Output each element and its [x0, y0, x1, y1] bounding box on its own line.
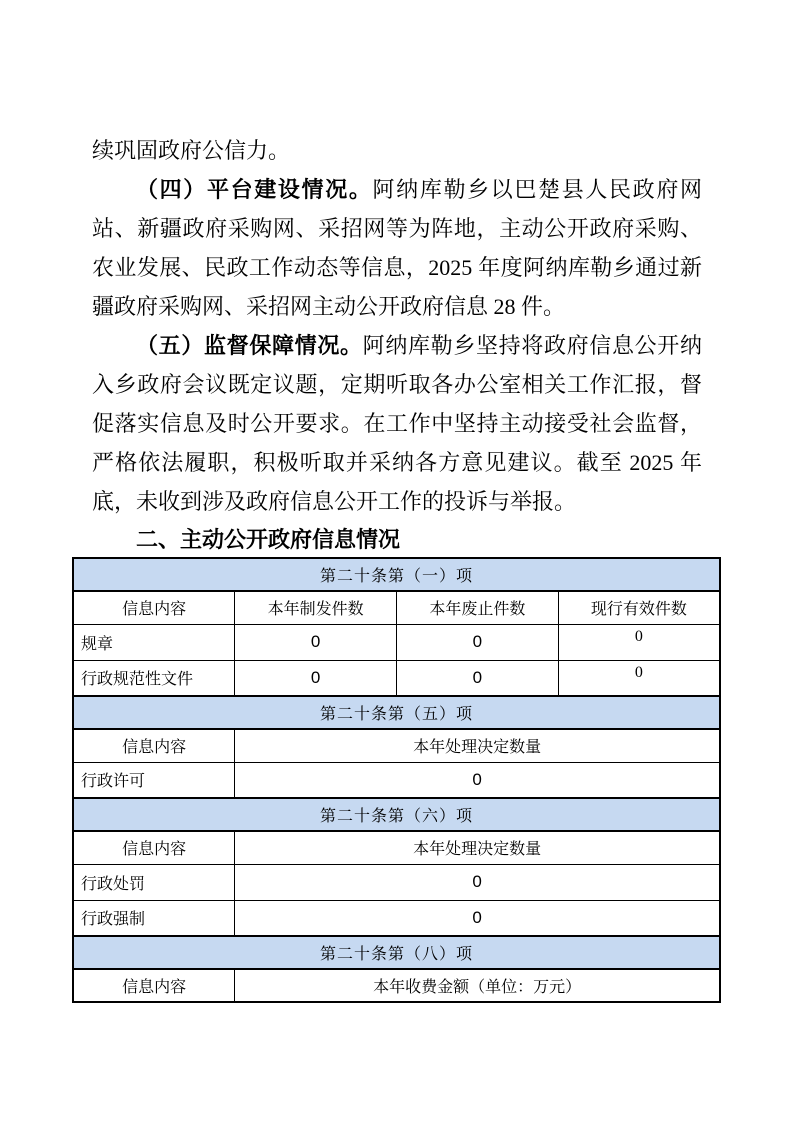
- table-column-header-row: 信息内容 本年收费金额（单位：万元）: [73, 969, 720, 1002]
- row-label-cell: 行政强制: [73, 900, 235, 936]
- table-section-title: 第二十条第（六）项: [73, 798, 720, 831]
- value-cell: 0: [397, 660, 559, 696]
- body-text-block: 续巩固政府公信力。 （四）平台建设情况。阿纳库勒乡以巴楚县人民政府网站、新疆政府…: [92, 131, 702, 557]
- value-cell: 0: [235, 900, 720, 936]
- document-page: 续巩固政府公信力。 （四）平台建设情况。阿纳库勒乡以巴楚县人民政府网站、新疆政府…: [0, 0, 793, 1122]
- table-row: 行政处罚 0: [73, 864, 720, 900]
- table-column-header-row: 信息内容 本年处理决定数量: [73, 831, 720, 864]
- paragraph-text: 续巩固政府公信力。: [92, 138, 290, 163]
- value-cell: 0: [235, 762, 720, 798]
- column-header-cell: 本年制发件数: [235, 591, 397, 624]
- row-label-cell: 行政许可: [73, 762, 235, 798]
- column-header-cell: 现行有效件数: [558, 591, 720, 624]
- paragraph-bold-lead: （五）监督保障情况。: [136, 333, 363, 358]
- row-label-cell: 规章: [73, 624, 235, 660]
- column-header-cell: 本年处理决定数量: [235, 831, 720, 864]
- table-row: 规章 0 0 0: [73, 624, 720, 660]
- value-cell: 0: [235, 624, 397, 660]
- table-row: 行政强制 0: [73, 900, 720, 936]
- column-header-cell: 本年废止件数: [397, 591, 559, 624]
- value-cell: 0: [235, 864, 720, 900]
- table-section-header-row: 第二十条第（五）项: [73, 696, 720, 729]
- row-label-cell: 行政规范性文件: [73, 660, 235, 696]
- table-section-title: 第二十条第（五）项: [73, 696, 720, 729]
- column-header-cell: 信息内容: [73, 969, 235, 1002]
- value-cell: 0: [235, 660, 397, 696]
- column-header-cell: 信息内容: [73, 831, 235, 864]
- paragraph-continuation: 续巩固政府公信力。: [92, 131, 702, 170]
- value-cell: 0: [397, 624, 559, 660]
- disclosure-info-table: 第二十条第（一）项 信息内容 本年制发件数 本年废止件数 现行有效件数 规章 0…: [72, 557, 721, 1003]
- column-header-cell: 本年收费金额（单位：万元）: [235, 969, 720, 1002]
- section-heading: 二、主动公开政府信息情况: [92, 521, 702, 557]
- table-row: 行政规范性文件 0 0 0: [73, 660, 720, 696]
- value-cell: 0: [558, 624, 720, 660]
- table-column-header-row: 信息内容 本年处理决定数量: [73, 729, 720, 762]
- row-label-cell: 行政处罚: [73, 864, 235, 900]
- table-section-header-row: 第二十条第（一）项: [73, 558, 720, 591]
- value-cell: 0: [558, 660, 720, 696]
- column-header-cell: 信息内容: [73, 591, 235, 624]
- table-section-title: 第二十条第（八）项: [73, 936, 720, 969]
- table-section-header-row: 第二十条第（八）项: [73, 936, 720, 969]
- table-section-title: 第二十条第（一）项: [73, 558, 720, 591]
- table-column-header-row: 信息内容 本年制发件数 本年废止件数 现行有效件数: [73, 591, 720, 624]
- table-row: 行政许可 0: [73, 762, 720, 798]
- column-header-cell: 信息内容: [73, 729, 235, 762]
- paragraph-bold-lead: （四）平台建设情况。: [136, 177, 373, 202]
- paragraph-supervision-guarantee: （五）监督保障情况。阿纳库勒乡坚持将政府信息公开纳入乡政府会议既定议题，定期听取…: [92, 326, 702, 521]
- paragraph-text: 阿纳库勒乡坚持将政府信息公开纳入乡政府会议既定议题，定期听取各办公室相关工作汇报…: [92, 333, 702, 514]
- column-header-cell: 本年处理决定数量: [235, 729, 720, 762]
- paragraph-platform-construction: （四）平台建设情况。阿纳库勒乡以巴楚县人民政府网站、新疆政府采购网、采招网等为阵…: [92, 170, 702, 326]
- table-section-header-row: 第二十条第（六）项: [73, 798, 720, 831]
